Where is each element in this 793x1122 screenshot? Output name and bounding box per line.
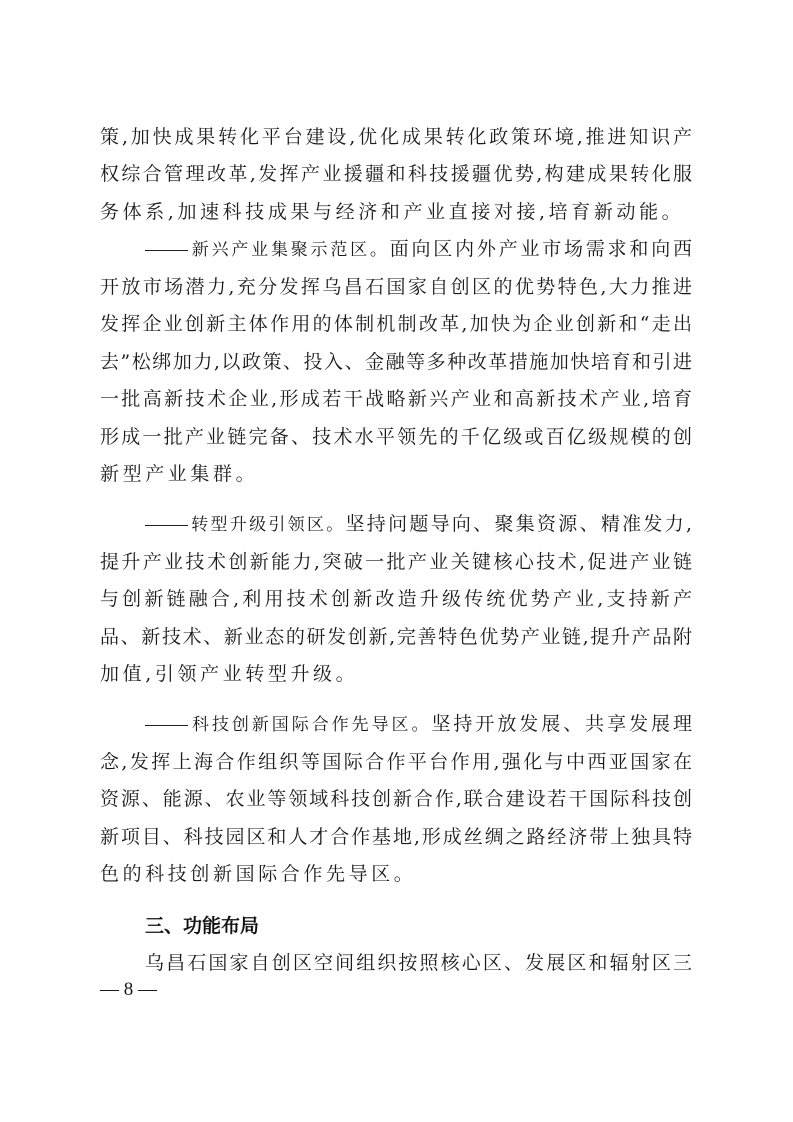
paragraph-line: 加值,引领产业转型升级。 bbox=[100, 661, 692, 687]
em-dash-rule bbox=[145, 725, 188, 726]
paragraph-line: 念,发挥上海合作组织等国际合作平台作用,强化与中西亚国家在 bbox=[100, 749, 692, 775]
paragraph-line: 发挥企业创新主体作用的体制机制改革,加快为企业创新和“走出 bbox=[100, 311, 692, 337]
section-first-line: 乌昌石国家自创区空间组织按照核心区、发展区和辐射区三 bbox=[145, 950, 692, 976]
paragraph-line: 提升产业技术创新能力,突破一批产业关键核心技术,促进产业链 bbox=[100, 549, 692, 575]
em-dash-rule bbox=[145, 525, 188, 526]
paragraph-line: 权综合管理改革,发挥产业援疆和科技援疆优势,构建成果转化服 bbox=[100, 161, 692, 187]
item-first-line: 科技创新国际合作先导区。坚持开放发展、共享发展理 bbox=[145, 711, 692, 737]
paragraph-line: 开放市场潜力,充分发挥乌昌石国家自创区的优势特色,大力推进 bbox=[100, 274, 692, 300]
paragraph-line: 色的科技创新国际合作先导区。 bbox=[100, 861, 692, 887]
paragraph-line: 形成一批产业链完备、技术水平领先的千亿级或百亿级规模的创 bbox=[100, 424, 692, 450]
paragraph-line: 去”松绑加力,以政策、投入、金融等多种改革措施加快培育和引进 bbox=[100, 349, 692, 375]
item-lead-title: 新兴产业集聚示范区。 bbox=[189, 240, 390, 260]
paragraph-line: 品、新技术、新业态的研发创新,完善特色优势产业链,提升产品附 bbox=[100, 624, 692, 650]
paragraph-line: 务体系,加速科技成果与经济和产业直接对接,培育新动能。 bbox=[100, 199, 692, 225]
paragraph-line: 新型产业集群。 bbox=[100, 461, 692, 487]
item-lead-title: 科技创新国际合作先导区。 bbox=[189, 715, 431, 735]
page-number: — 8 — bbox=[100, 978, 157, 1002]
paragraph-line: 策,加快成果转化平台建设,优化成果转化政策环境,推进知识产 bbox=[100, 124, 692, 150]
em-dash-rule bbox=[145, 250, 188, 251]
paragraph-line: 与创新链融合,利用技术创新改造升级传统优势产业,支持新产 bbox=[100, 586, 692, 612]
document-page: 策,加快成果转化平台建设,优化成果转化政策环境,推进知识产 权综合管理改革,发挥… bbox=[0, 0, 793, 1122]
item-lead-title: 转型升级引领区。 bbox=[189, 515, 346, 535]
item-first-line: 转型升级引领区。坚持问题导向、聚集资源、精准发力, bbox=[145, 511, 692, 537]
section-heading: 三、功能布局 bbox=[145, 912, 259, 940]
paragraph-line: 资源、能源、农业等领域科技创新合作,联合建设若干国际科技创 bbox=[100, 786, 692, 812]
item-first-line-text: 坚持问题导向、聚集资源、精准发力, bbox=[346, 513, 693, 535]
paragraph-line: 一批高新技术企业,形成若干战略新兴产业和高新技术产业,培育 bbox=[100, 386, 692, 412]
item-first-line: 新兴产业集聚示范区。面向区内外产业市场需求和向西 bbox=[145, 236, 692, 262]
item-first-line-text: 坚持开放发展、共享发展理 bbox=[431, 713, 692, 735]
paragraph-line: 新项目、科技园区和人才合作基地,形成丝绸之路经济带上独具特 bbox=[100, 824, 692, 850]
item-first-line-text: 面向区内外产业市场需求和向西 bbox=[390, 238, 692, 260]
